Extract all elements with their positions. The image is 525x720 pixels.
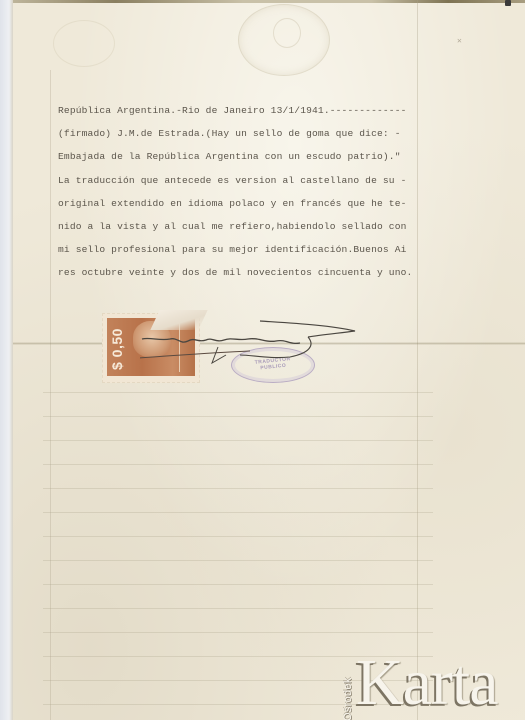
scan-left-edge [0,0,13,720]
tax-stamp-value: $ 0,50 [109,324,127,374]
brand-name: Karta [356,647,498,719]
ruled-line [43,488,433,489]
ruled-line [43,464,433,465]
text-line-1: República Argentina.-Rio de Janeiro 13/1… [58,99,448,122]
ruled-line [43,608,433,609]
ruled-line [43,440,433,441]
typed-text-block: República Argentina.-Rio de Janeiro 13/1… [58,99,448,285]
text-line-2: (firmado) J.M.de Estrada.(Hay un sello d… [58,122,448,145]
embossed-seal-left [53,20,115,67]
text-line-5: original extendido en idioma polaco y en… [58,192,448,215]
text-line-6: nido a la vista y al cual me refiero,hab… [58,215,448,238]
ruled-line [43,536,433,537]
page-top-edge [13,0,525,3]
text-line-3: Embajada de la República Argentina con u… [58,145,448,168]
left-margin-line [50,70,51,720]
karta-watermark-logo: Ośrodek Karta [342,655,525,720]
ruled-line [43,416,433,417]
ruled-line [43,584,433,585]
ruled-line [43,512,433,513]
ink-speck: ✕ [457,36,465,44]
text-line-4: La traducción que antecede es version al… [58,169,448,192]
ruled-line [43,392,433,393]
ruled-line [43,632,433,633]
brand-subtitle: Ośrodek [342,661,356,720]
text-line-7: mi sello profesional para su mejor ident… [58,238,448,261]
ruled-line [43,560,433,561]
embossed-seal-inner [273,18,301,48]
signature-icon [140,315,370,375]
text-line-8: res octubre veinte y dos de mil novecien… [58,261,448,284]
scan-corner-mark [505,0,511,6]
